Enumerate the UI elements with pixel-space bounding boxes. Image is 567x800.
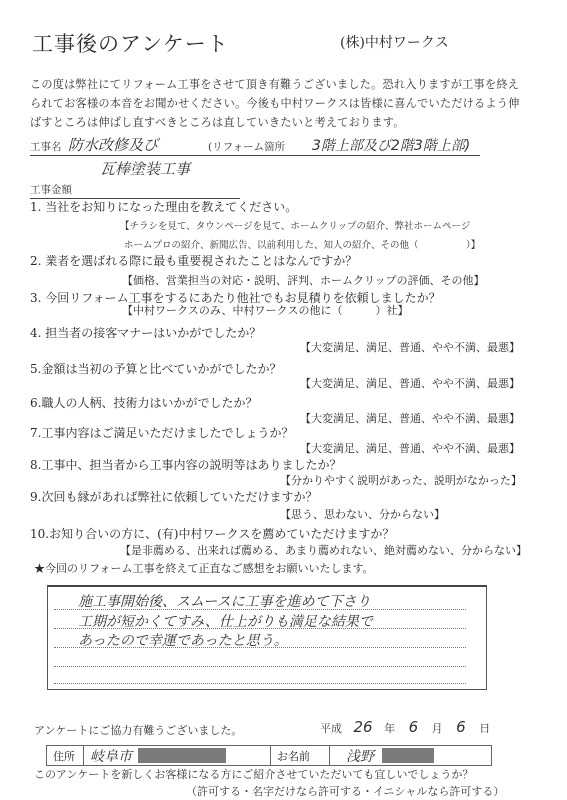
question-7-options: 【大変満足、満足、普通、やや不満、最悪】 bbox=[300, 440, 520, 456]
question-9-options: 【思う、思わない、分からない】 bbox=[280, 506, 445, 522]
redacted-block bbox=[382, 748, 434, 763]
question-1: 1. 当社をお知りになった理由を教えてください。 bbox=[30, 198, 297, 215]
address-label: 住所 bbox=[47, 746, 84, 765]
location-label: (リフォーム箇所 bbox=[208, 139, 285, 154]
location-value: 3階上部及び2階3階上部) bbox=[312, 135, 470, 155]
redacted-block bbox=[138, 748, 226, 763]
customer-info-table: 住所 岐阜市 お名前 浅野 bbox=[46, 745, 492, 766]
question-8-text: 工事中、担当者から工事内容の説明等はありましたか？ bbox=[41, 458, 341, 472]
question-2-options: 【価格、営業担当の対応・説明、評判、ホームクリップの評価、その他】 bbox=[122, 272, 485, 288]
name-value: 浅野 bbox=[330, 746, 491, 765]
question-1-options-line-1: 【チラシを見て、タウンページを見て、ホームクリップの紹介、弊社ホームページ bbox=[120, 218, 470, 232]
question-4: 4. 担当者の接客マナーはいかがでしたか？ bbox=[30, 324, 261, 341]
question-5-text: 金額は当初の予算と比べていかがでしたか？ bbox=[41, 362, 281, 376]
company-name: (株)中村ワークス bbox=[340, 32, 449, 52]
amount-row: 工事金額 bbox=[30, 184, 240, 199]
question-9: 9.次回も縁があれば弊社に依頼していただけますか？ bbox=[30, 488, 317, 505]
page-title: 工事後のアンケート bbox=[32, 28, 229, 58]
question-4-text: 担当者の接客マナーはいかがでしたか？ bbox=[45, 326, 261, 340]
question-1-options-line-2: ホームプロの紹介、新聞広告、以前利用した、知人の紹介、その他（ ）】 bbox=[124, 237, 480, 251]
project-name-value-line2: 瓦棒塗装工事 bbox=[100, 158, 190, 179]
question-2: 2. 業者を選ばれる際に最も重要視されたことはなんですか？ bbox=[30, 252, 357, 269]
permission-question: このアンケートを新しくお客様になる方にご紹介させていただいても宜しいでしょうか？ bbox=[34, 766, 473, 782]
project-name-row: 工事名 防水改修及び (リフォーム箇所 3階上部及び2階3階上部) bbox=[30, 137, 480, 156]
question-9-text: 次回も縁があれば弊社に依頼していただけますか？ bbox=[41, 490, 317, 504]
question-6-text: 職人の人柄、技術力はいかがでしたか？ bbox=[41, 396, 257, 410]
intro-line-2: られてお客様の本音をお聞かせください。今後も中村ワークスは皆様に喜んでいただける… bbox=[30, 95, 520, 111]
question-3-options: 【中村ワークスのみ、中村ワークスの他に（ ）社】 bbox=[122, 302, 408, 318]
question-6: 6.職人の人柄、技術力はいかがでしたか？ bbox=[30, 394, 257, 411]
ruled-line bbox=[54, 666, 466, 667]
question-1-text: 当社をお知りになった理由を教えてください。 bbox=[45, 200, 297, 214]
intro-line-3: ばすところは伸ばし直すべきところは直していきたいと考えております。 bbox=[30, 114, 405, 130]
date-year: 26 bbox=[354, 718, 373, 736]
date-day: 6 bbox=[456, 718, 466, 736]
question-5-options: 【大変満足、満足、普通、やや不満、最悪】 bbox=[300, 375, 520, 391]
name-label: お名前 bbox=[271, 746, 330, 765]
project-name-value: 防水改修及び bbox=[68, 134, 158, 155]
comment-line-3: あったので幸運であったと思う。 bbox=[78, 630, 288, 650]
question-7: 7.工事内容はご満足いただけましたでしょうか？ bbox=[30, 424, 293, 441]
comment-box: 施工事開始後、スムースに工事を進めて下さり 工期が短かくてすみ、仕上がりも満足な… bbox=[47, 585, 487, 690]
permission-options: （許可する・名字だけなら許可する・イニシャルなら許可する） bbox=[186, 783, 504, 799]
question-8: 8.工事中、担当者から工事内容の説明等はありましたか？ bbox=[30, 456, 341, 473]
comment-prompt: ★今回のリフォーム工事を終えて正直なご感想をお願いいたします。 bbox=[34, 560, 374, 576]
date-month: 6 bbox=[409, 718, 419, 736]
comment-line-2: 工期が短かくてすみ、仕上がりも満足な結果で bbox=[78, 611, 373, 631]
question-10: 10.お知り合いの方に、(有)中村ワークスを薦めていただけますか？ bbox=[30, 525, 394, 542]
question-7-text: 工事内容はご満足いただけましたでしょうか？ bbox=[41, 426, 293, 440]
date-field: 平成 26 年 6 月 6 日 bbox=[320, 718, 490, 736]
question-10-options: 【是非薦める、出来れば薦める、あまり薦めれない、絶対薦めない、分からない】 bbox=[120, 542, 527, 558]
thanks-text: アンケートにご協力有難うございました。 bbox=[34, 722, 242, 738]
question-10-text: お知り合いの方に、(有)中村ワークスを薦めていただけますか？ bbox=[49, 527, 394, 541]
ruled-line bbox=[54, 683, 466, 684]
question-2-text: 業者を選ばれる際に最も重要視されたことはなんですか？ bbox=[45, 254, 357, 268]
question-5: 5.金額は当初の予算と比べていかがでしたか？ bbox=[30, 360, 281, 377]
project-name-label: 工事名 bbox=[30, 139, 62, 154]
address-value: 岐阜市 bbox=[84, 746, 271, 765]
question-8-options: 【分かりやすく説明があった、説明がなかった】 bbox=[280, 472, 522, 488]
amount-label: 工事金額 bbox=[30, 182, 72, 197]
comment-line-1: 施工事開始後、スムースに工事を進めて下さり bbox=[78, 591, 371, 611]
question-4-options: 【大変満足、満足、普通、やや不満、最悪】 bbox=[300, 339, 520, 355]
question-6-options: 【大変満足、満足、普通、やや不満、最悪】 bbox=[300, 410, 520, 426]
intro-line-1: この度は弊社にてリフォーム工事をさせて頂き有難うございました。恐れ入りますが工事… bbox=[30, 76, 519, 92]
